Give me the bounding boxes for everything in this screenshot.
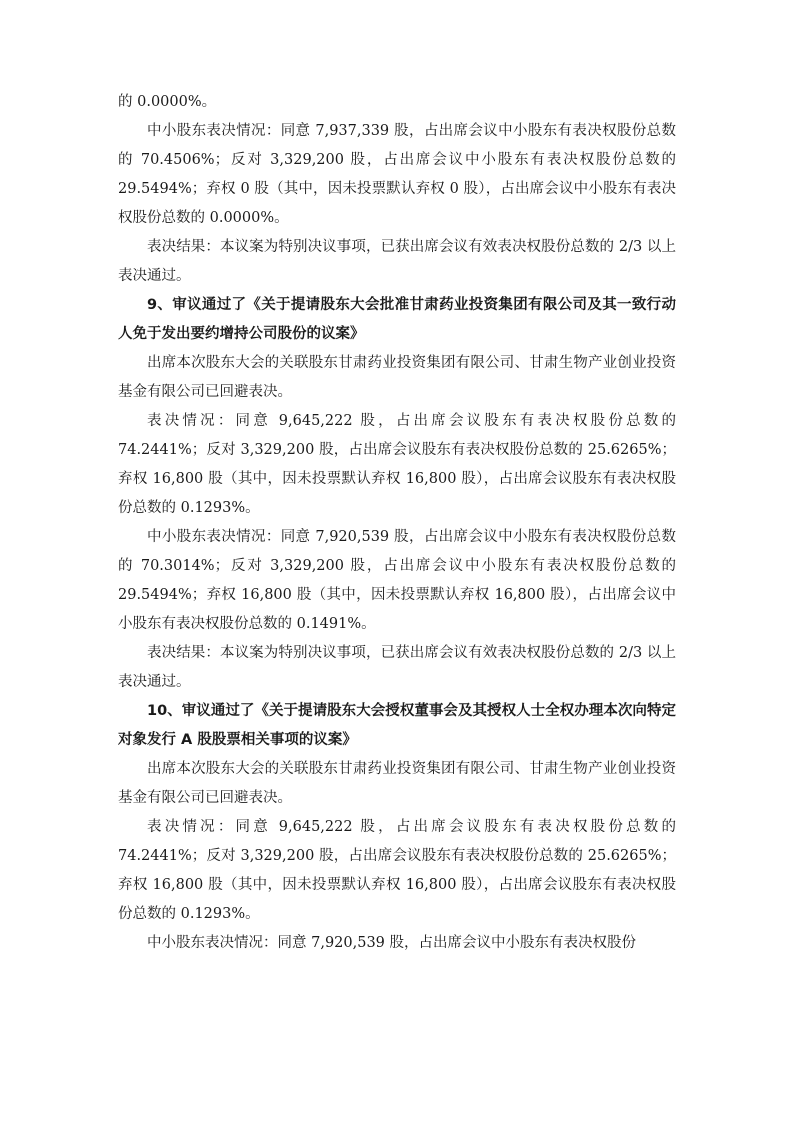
paragraph-vote-10: 表决情况：同意 9,645,222 股，占出席会议股东有表决权股份总数的 74.… bbox=[118, 813, 676, 929]
paragraph-recusal-10: 出席本次股东大会的关联股东甘肃药业投资集团有限公司、甘肃生物产业创业投资基金有限… bbox=[118, 755, 676, 813]
paragraph-minority-vote-9: 中小股东表决情况：同意 7,920,539 股，占出席会议中小股东有表决权股份总… bbox=[118, 523, 676, 639]
heading-item-9: 9、审议通过了《关于提请股东大会批准甘肃药业投资集团有限公司及其一致行动人免于发… bbox=[118, 291, 676, 349]
paragraph-result-9: 表决结果：本议案为特别决议事项，已获出席会议有效表决权股份总数的 2/3 以上表… bbox=[118, 639, 676, 697]
document-page: 的 0.0000%。 中小股东表决情况：同意 7,937,339 股，占出席会议… bbox=[118, 88, 676, 958]
paragraph-result-8: 表决结果：本议案为特别决议事项，已获出席会议有效表决权股份总数的 2/3 以上表… bbox=[118, 233, 676, 291]
paragraph-minority-vote-8: 中小股东表决情况：同意 7,937,339 股，占出席会议中小股东有表决权股份总… bbox=[118, 117, 676, 233]
paragraph-minority-vote-10: 中小股东表决情况：同意 7,920,539 股，占出席会议中小股东有表决权股份 bbox=[118, 929, 676, 958]
paragraph-recusal-9: 出席本次股东大会的关联股东甘肃药业投资集团有限公司、甘肃生物产业创业投资基金有限… bbox=[118, 349, 676, 407]
paragraph-continuation: 的 0.0000%。 bbox=[118, 88, 676, 117]
paragraph-vote-9: 表决情况：同意 9,645,222 股，占出席会议股东有表决权股份总数的 74.… bbox=[118, 407, 676, 523]
heading-item-10: 10、审议通过了《关于提请股东大会授权董事会及其授权人士全权办理本次向特定对象发… bbox=[118, 697, 676, 755]
